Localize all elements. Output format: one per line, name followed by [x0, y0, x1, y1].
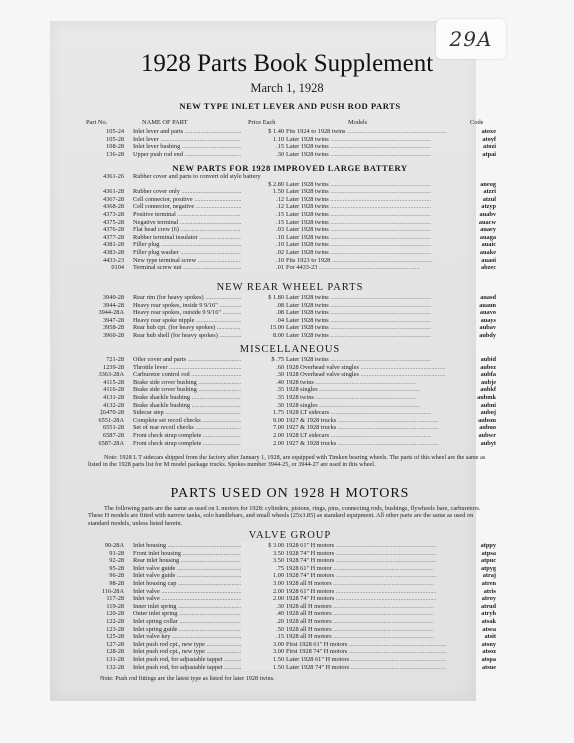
- part-code: atroy: [452, 595, 496, 603]
- part-number: 4131-28: [86, 394, 124, 402]
- table-row: 4115-28Brake side cover bushing.401928 t…: [86, 379, 496, 387]
- part-number: 136-28: [86, 151, 124, 159]
- part-code: atsny: [452, 641, 496, 649]
- col-models: Models: [348, 119, 367, 126]
- table-row: 131-28Inlet push rod, for adjustable tap…: [86, 656, 496, 664]
- part-price: .40: [241, 610, 284, 618]
- part-code: atrud: [452, 603, 496, 611]
- part-price: .15: [241, 633, 284, 641]
- part-code: aubsm: [452, 417, 496, 425]
- part-code: auasd: [452, 294, 496, 302]
- part-number: 4368-28: [86, 203, 124, 211]
- part-number: 4383-28: [86, 249, 124, 257]
- part-price: .35: [241, 394, 284, 402]
- part-code: auays: [452, 317, 496, 325]
- table-row: 3947-28Heavy rear spoke nipple.04Later 1…: [86, 317, 496, 325]
- parts-table-valve-group: 90-28AInlet housing$ 3.001928 61" H moto…: [86, 542, 496, 671]
- table-row: 4381-28Filler plug.10Later 1928 twinsaua…: [86, 241, 496, 249]
- part-code: auaun: [452, 302, 496, 310]
- part-models: 1928 singles: [286, 402, 446, 410]
- part-price: .02: [241, 249, 284, 257]
- part-code: aubav: [452, 324, 496, 332]
- part-code: aubmk: [452, 394, 496, 402]
- part-price: $ 1.80: [241, 294, 284, 302]
- part-code: aubje: [452, 379, 496, 387]
- table-row: 98-28Inlet housing cap3.001928 all H mot…: [86, 580, 496, 588]
- section-heading-valve-group: VALVE GROUP: [84, 530, 496, 541]
- part-price: 1.50: [241, 664, 284, 672]
- part-number: 6587-28: [86, 432, 124, 440]
- part-models: 1928 twins: [286, 379, 446, 387]
- part-price: .10: [241, 234, 284, 242]
- part-number: 117-28: [86, 595, 124, 603]
- part-models: Later 1928 twins: [286, 211, 446, 219]
- part-number: 123-28: [86, 626, 124, 634]
- part-code: auavo: [452, 309, 496, 317]
- part-models: Later 1928 twins: [286, 356, 446, 364]
- part-price: .40: [241, 379, 284, 387]
- part-code: atppy: [452, 542, 496, 550]
- table-row: 92-28Rear inlet housing3.501928 74" H mo…: [86, 557, 496, 565]
- table-row: 6551-28Set of rear recoil checks7.001927…: [86, 424, 496, 432]
- table-row: 4376-28Flat head crew (6).03Later 1928 t…: [86, 226, 496, 234]
- part-number: 4361-26: [86, 173, 124, 181]
- table-row: 108-28Inlet lever bushing.15Later 1928 t…: [86, 143, 496, 151]
- part-code: auake: [452, 249, 496, 257]
- part-price: .30: [241, 371, 284, 379]
- part-price: 3.00: [241, 648, 284, 656]
- document-date: March 1, 1928: [0, 81, 574, 96]
- part-models: Later 1928 twins: [286, 332, 446, 340]
- part-number: 92-28: [86, 557, 124, 565]
- part-models: Later 1928 twins: [286, 309, 446, 317]
- part-price: .15: [241, 219, 284, 227]
- part-code: atsak: [452, 618, 496, 626]
- part-number: 127-28: [86, 641, 124, 649]
- part-models: Later 1928 twins: [286, 203, 446, 211]
- part-price: 2.00: [241, 440, 284, 448]
- part-price: 1.10: [241, 136, 284, 144]
- part-code: atzri: [452, 188, 496, 196]
- table-row: 105-24Inlet lever and parts$ 1.40Fits 19…: [86, 128, 496, 136]
- table-row: 4368-28Cell connector, negative.12Later …: [86, 203, 496, 211]
- part-price: 1.75: [241, 409, 284, 417]
- part-price: 1.00: [241, 572, 284, 580]
- part-number: 6551-28A: [86, 417, 124, 425]
- part-code: aubni: [452, 402, 496, 410]
- part-price: .30: [241, 402, 284, 410]
- part-price: 9.00: [241, 417, 284, 425]
- part-number: 4373-28: [86, 211, 124, 219]
- part-code: aubfa: [452, 371, 496, 379]
- table-row: 128-28Inlet push rod cpt., new type3.00F…: [86, 648, 496, 656]
- table-row: 119-28Inner inlet spring.301928 all H mo…: [86, 603, 496, 611]
- table-row: 91-28Front inlet housing3.501928 74" H m…: [86, 550, 496, 558]
- part-models: 1928 74" H motors: [286, 550, 446, 558]
- part-code: atozi: [452, 143, 496, 151]
- table-row: 3944-28Heavy rear spokes, inside 9 9/16"…: [86, 302, 496, 310]
- part-code: atpuc: [452, 557, 496, 565]
- part-models: 1928 all H motors: [286, 633, 446, 641]
- part-models: Later 1928 twins: [286, 196, 446, 204]
- part-price: 7.00: [241, 424, 284, 432]
- part-number: 4132-28: [86, 402, 124, 410]
- parts-table-rear-wheel: 3940-28Rear rim (for heavy spokes)$ 1.80…: [86, 294, 496, 340]
- col-name: NAME OF PART: [142, 119, 188, 126]
- col-code: Code: [470, 119, 484, 126]
- part-number: 4433-23: [86, 257, 124, 265]
- part-price: .10: [241, 241, 284, 249]
- part-models: Later 1928 twins: [286, 151, 446, 159]
- part-models: 1928 all H motors: [286, 618, 446, 626]
- valve-group-note: Note: Push rod fittings are the latest t…: [100, 675, 490, 682]
- part-code: atren: [452, 580, 496, 588]
- part-models: 1927 & 1928 trucks: [286, 440, 446, 448]
- h-motors-intro: The following parts are the same as used…: [88, 505, 494, 527]
- part-code: aubez: [452, 364, 496, 372]
- part-code: aubid: [452, 356, 496, 364]
- part-models: Later 1928 twins: [286, 136, 446, 144]
- table-row: 3363-28ACarburetor control rod.301928 Ov…: [86, 371, 496, 379]
- part-models: Later 1928 twins: [286, 294, 446, 302]
- part-number: 6587-28A: [86, 440, 124, 448]
- part-price: $ 1.40: [241, 128, 284, 136]
- part-price: 1.50: [241, 188, 284, 196]
- part-price: .01: [241, 264, 284, 272]
- part-code: atris: [452, 588, 496, 596]
- part-number: 105-24: [86, 128, 124, 136]
- part-models: 1928 twins: [286, 394, 446, 402]
- part-models: Later 1928 74" H motors: [286, 664, 446, 672]
- table-row: 3944-28AHeavy rear spokes, outside 9 9/1…: [86, 309, 496, 317]
- part-price: 8.00: [241, 332, 284, 340]
- part-number: 4376-28: [86, 226, 124, 234]
- table-row: 4375-28Negative terminal.15Later 1928 tw…: [86, 219, 496, 227]
- part-number: 6551-28: [86, 424, 124, 432]
- part-code: atsit: [452, 633, 496, 641]
- part-number: 120-28: [86, 610, 124, 618]
- part-code: auaey: [452, 226, 496, 234]
- part-models: 1928 61" H motor: [286, 565, 446, 573]
- part-models: 1927 & 1928 trucks: [286, 424, 446, 432]
- table-row: 4383-28Filler plug washer.02Later 1928 t…: [86, 249, 496, 257]
- part-price: 2.00: [241, 595, 284, 603]
- part-code: atraj: [452, 572, 496, 580]
- part-code: atzyp: [452, 203, 496, 211]
- part-price: .15: [241, 143, 284, 151]
- table-row: 120-28Outer inlet spring.401928 all H mo…: [86, 610, 496, 618]
- part-models: 1928 Overhead valve singles: [286, 371, 446, 379]
- table-row: 3958-28Rear hub cpt. (for heavy spokes)1…: [86, 324, 496, 332]
- table-row: 127-28Inlet push rod cpt., new type3.00F…: [86, 641, 496, 649]
- part-price: .60: [241, 364, 284, 372]
- part-price: .30: [241, 603, 284, 611]
- part-code: atpsa: [452, 550, 496, 558]
- table-row: 96-28Inlet valve guide1.001928 74" H mot…: [86, 572, 496, 580]
- table-row: 4361-26Rubber cover and parts to convert…: [86, 173, 496, 188]
- part-models: Later 1928 twins: [286, 241, 446, 249]
- part-price: .20: [241, 618, 284, 626]
- part-models: 1928 all H motors: [286, 610, 446, 618]
- section-heading-miscellaneous: MISCELLANEOUS: [84, 344, 496, 355]
- table-row: 6551-28AComplete set recoil checks9.0019…: [86, 417, 496, 425]
- part-number: 125-28: [86, 633, 124, 641]
- section-heading-rear-wheel: NEW REAR WHEEL PARTS: [84, 282, 496, 293]
- table-row: 132-28Inlet push rod, for adjustable tap…: [86, 664, 496, 672]
- document-title: 1928 Parts Book Supplement: [0, 50, 574, 78]
- table-row: 117-28Inlet valve2.001928 74" H motorsat…: [86, 595, 496, 603]
- table-row: 116-28AInlet valve2.001928 61" H motorsa…: [86, 588, 496, 596]
- table-row: 123-28Inlet spring guide.501928 all H mo…: [86, 626, 496, 634]
- part-models: For 4433-23: [286, 264, 446, 272]
- part-code: aubwr: [452, 432, 496, 440]
- part-price: .75: [241, 565, 284, 573]
- part-number: 98-28: [86, 580, 124, 588]
- part-code: auaic: [452, 241, 496, 249]
- part-number: 96-28: [86, 572, 124, 580]
- part-price: .50: [241, 626, 284, 634]
- part-code: aubdy: [452, 332, 496, 340]
- part-price: .03: [241, 226, 284, 234]
- part-number: 4116-28: [86, 386, 124, 394]
- part-code: auaoi: [452, 257, 496, 265]
- part-code: atsoz: [452, 648, 496, 656]
- table-row: 4373-28Positive terminal.15Later 1928 tw…: [86, 211, 496, 219]
- table-row: 4132-28Brake shackle bushing.301928 sing…: [86, 402, 496, 410]
- part-number: 131-28: [86, 656, 124, 664]
- part-code: atoyf: [452, 136, 496, 144]
- part-price: .04: [241, 317, 284, 325]
- part-code: atpyg: [452, 565, 496, 573]
- part-models: Later 1928 twins: [286, 249, 446, 257]
- part-number: 95-28: [86, 565, 124, 573]
- miscellaneous-note: Note: 1928 L T sidecars shipped from the…: [88, 454, 492, 468]
- part-number: 1239-28: [86, 364, 124, 372]
- part-models: Later 1928 61" H motors: [286, 656, 446, 664]
- part-code: atsue: [452, 664, 496, 672]
- part-models: Later 1928 twins: [286, 317, 446, 325]
- table-row: 6587-28AFront check strap complete2.0019…: [86, 440, 496, 448]
- part-number: 3363-28A: [86, 371, 124, 379]
- part-number: 122-28: [86, 618, 124, 626]
- part-price: .30: [241, 151, 284, 159]
- part-models: Later 1928 twins: [286, 181, 446, 189]
- part-code: atryh: [452, 610, 496, 618]
- part-models: Later 1928 twins: [286, 226, 446, 234]
- part-code: abzec: [452, 264, 496, 272]
- part-price: 1.50: [241, 656, 284, 664]
- table-row: 0104Terminal screw nut.01For 4433-23abze…: [86, 264, 496, 272]
- part-code: atoxe: [452, 128, 496, 136]
- part-code: atzul: [452, 196, 496, 204]
- part-number: ‡6470-28: [86, 409, 124, 417]
- part-models: Fits 1924 to 1928 twins: [286, 128, 446, 136]
- part-number: 4381-28: [86, 241, 124, 249]
- part-code: auabv: [452, 211, 496, 219]
- part-price: .08: [241, 309, 284, 317]
- part-models: Later 1928 twins: [286, 302, 446, 310]
- table-row: 4377-28Rubber terminal insulator.10Later…: [86, 234, 496, 242]
- part-code: aubyt: [452, 440, 496, 448]
- part-number: 4367-28: [86, 196, 124, 204]
- col-price: Price Each: [248, 119, 276, 126]
- part-price: 3.00: [241, 580, 284, 588]
- part-code: atspa: [452, 656, 496, 664]
- part-number: 4377-28: [86, 234, 124, 242]
- table-row: 95-28Inlet valve guide.751928 61" H moto…: [86, 565, 496, 573]
- table-row: 6587-28Front check strap complete2.00192…: [86, 432, 496, 440]
- part-models: 1927 & 1928 trucks: [286, 417, 446, 425]
- table-row: 4361-28Rubber cover only1.50Later 1928 t…: [86, 188, 496, 196]
- part-models: 1928 74" H motors: [286, 572, 446, 580]
- part-number: 128-28: [86, 648, 124, 656]
- part-price: 3.00: [241, 641, 284, 649]
- part-number: 90-28A: [86, 542, 124, 550]
- part-models: 1928 LT sidecars: [286, 409, 446, 417]
- part-code: auacw: [452, 219, 496, 227]
- part-models: 1928 74" H motors: [286, 595, 446, 603]
- part-models: First 1928 61" H motors: [286, 641, 446, 649]
- part-number: 3947-28: [86, 317, 124, 325]
- table-row: 4131-28Brake shackle bushing.351928 twin…: [86, 394, 496, 402]
- part-models: 1928 singles: [286, 386, 446, 394]
- table-row: 3940-28Rear rim (for heavy spokes)$ 1.80…: [86, 294, 496, 302]
- part-number: 4361-28: [86, 188, 124, 196]
- section-heading-battery: NEW PARTS FOR 1928 IMPROVED LARGE BATTER…: [84, 163, 496, 173]
- part-number: 721-28: [86, 356, 124, 364]
- part-number: 0104: [86, 264, 124, 272]
- part-price: .08: [241, 302, 284, 310]
- part-price: .12: [241, 203, 284, 211]
- table-row: 105-28Inlet lever1.10Later 1928 twinsato…: [86, 136, 496, 144]
- part-models: Later 1928 twins: [286, 188, 446, 196]
- table-row: 122-28Inlet spring collar.201928 all H m…: [86, 618, 496, 626]
- part-models: 1928 all H motors: [286, 626, 446, 634]
- part-number: 4375-28: [86, 219, 124, 227]
- part-number: 91-28: [86, 550, 124, 558]
- table-row: 4367-28Cell connector, positive.12Later …: [86, 196, 496, 204]
- part-price: 2.00: [241, 588, 284, 596]
- table-row: 721-28Oiler cover and parts$ .75Later 19…: [86, 356, 496, 364]
- part-price: 15.00: [241, 324, 284, 332]
- part-price: 3.50: [241, 550, 284, 558]
- part-number: 108-28: [86, 143, 124, 151]
- part-number: 3958-28: [86, 324, 124, 332]
- part-models: Later 1928 twins: [286, 324, 446, 332]
- part-price: .12: [241, 196, 284, 204]
- part-number: 116-28A: [86, 588, 124, 596]
- part-price: $ 3.00: [241, 542, 284, 550]
- part-models: 1928 all H motors: [286, 603, 446, 611]
- part-price: 2.00: [241, 432, 284, 440]
- col-part-no: Part No.: [86, 119, 107, 126]
- part-price: 3.50: [241, 557, 284, 565]
- part-code: atpai: [452, 151, 496, 159]
- part-price: $ 2.80: [241, 181, 284, 189]
- table-row: 1239-28Throttle lever.601928 Overhead va…: [86, 364, 496, 372]
- table-row: 136-28Upper push rod end.30Later 1928 tw…: [86, 151, 496, 159]
- part-code: aubkf: [452, 386, 496, 394]
- part-number: 3944-28A: [86, 309, 124, 317]
- section-heading-h-motors: PARTS USED ON 1928 H MOTORS: [84, 486, 496, 502]
- part-models: Later 1928 twins: [286, 234, 446, 242]
- section-heading-inlet-lever: NEW TYPE INLET LEVER AND PUSH ROD PARTS: [84, 101, 496, 111]
- part-code: aneog: [452, 181, 496, 189]
- part-price: $ .75: [241, 356, 284, 364]
- part-price: .35: [241, 386, 284, 394]
- part-models: 1928 all H motors: [286, 580, 446, 588]
- table-row: 125-28Inlet valve key.151928 all H motor…: [86, 633, 496, 641]
- part-number: 105-28: [86, 136, 124, 144]
- table-row: 3960-28Rear hub shell (for heavy spokes)…: [86, 332, 496, 340]
- part-code: auboj: [452, 409, 496, 417]
- parts-table-battery: 4361-26Rubber cover and parts to convert…: [86, 173, 496, 272]
- parts-table-inlet-lever: 105-24Inlet lever and parts$ 1.40Fits 19…: [86, 128, 496, 158]
- part-number: 4115-28: [86, 379, 124, 387]
- part-models: Later 1928 twins: [286, 219, 446, 227]
- parts-table-miscellaneous: 721-28Oiler cover and parts$ .75Later 19…: [86, 356, 496, 447]
- part-code: atsea: [452, 626, 496, 634]
- part-price: .10: [241, 257, 284, 265]
- part-price: .15: [241, 211, 284, 219]
- part-number: 3940-28: [86, 294, 124, 302]
- part-models: Later 1928 twins: [286, 143, 446, 151]
- table-row: 4116-28Brake side cover bushing.351928 s…: [86, 386, 496, 394]
- part-models: 1928 LT sidecars: [286, 432, 446, 440]
- part-code: aubuo: [452, 424, 496, 432]
- part-code: auaga: [452, 234, 496, 242]
- table-row: ‡6470-28Sidecar step1.751928 LT sidecars…: [86, 409, 496, 417]
- part-models: Fits 1923 to 1928: [286, 257, 446, 265]
- part-models: 1928 61" H motors: [286, 588, 446, 596]
- table-row: 4433-23New type terminal screw.10Fits 19…: [86, 257, 496, 265]
- part-models: First 1928 74" H motors: [286, 648, 446, 656]
- part-number: 3960-28: [86, 332, 124, 340]
- table-row: 90-28AInlet housing$ 3.001928 61" H moto…: [86, 542, 496, 550]
- part-models: 1928 Overhead valve singles: [286, 364, 446, 372]
- part-number: 3944-28: [86, 302, 124, 310]
- part-models: 1928 61" H motors: [286, 542, 446, 550]
- part-number: 132-28: [86, 664, 124, 672]
- part-models: 1928 74" H motors: [286, 557, 446, 565]
- part-number: 119-28: [86, 603, 124, 611]
